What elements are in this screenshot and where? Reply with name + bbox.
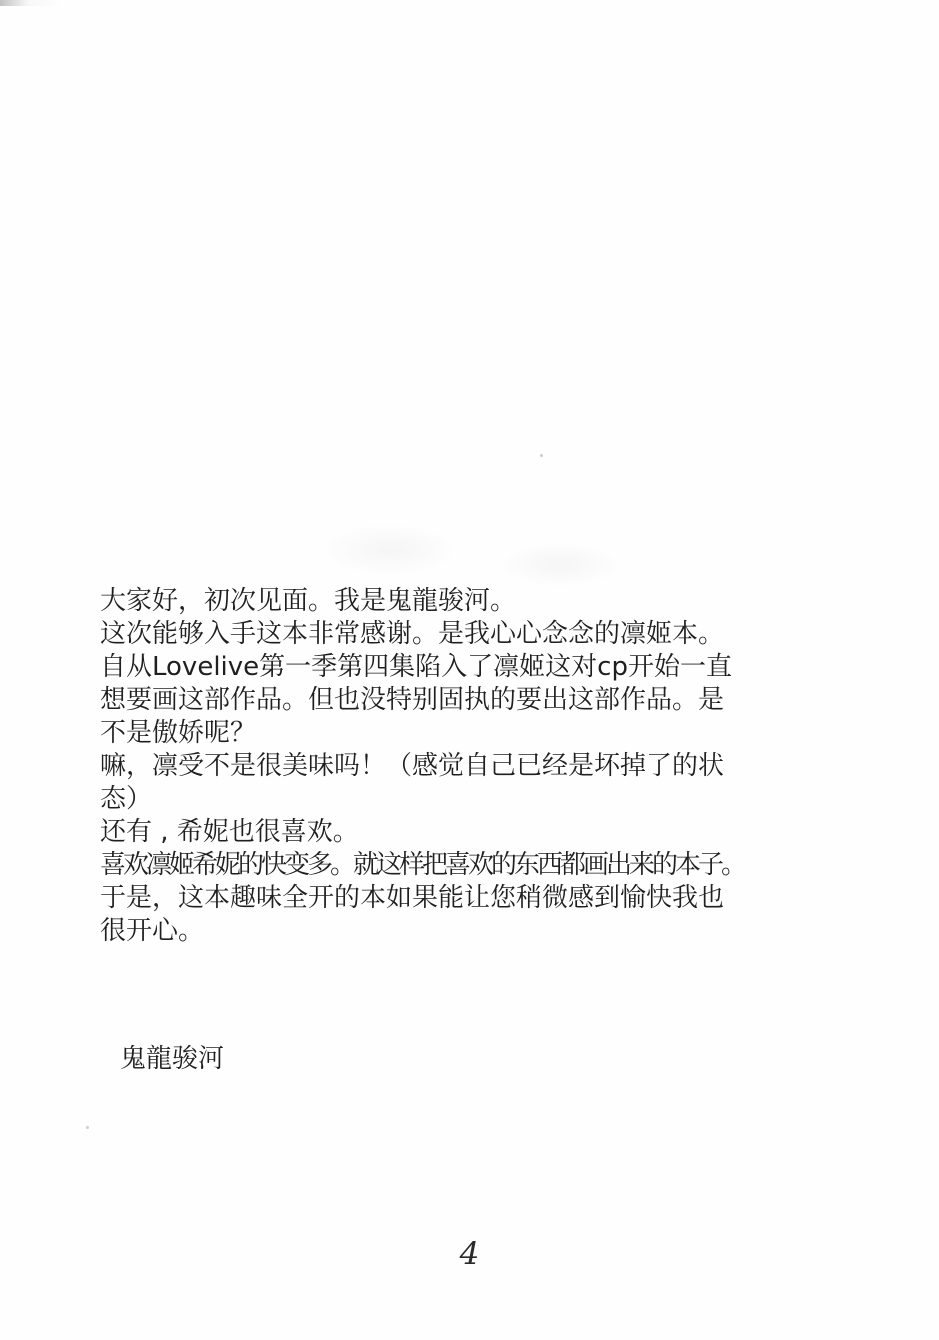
afterword-line-9: 喜欢凛姬希妮的快变多。就这样把喜欢的东西都画出来的本子。 [100, 849, 900, 882]
afterword-text-block: 大家好，初次见面。我是鬼龍骏河。 这次能够入手这本非常感谢。是我心心念念的凛姬本… [100, 585, 900, 948]
afterword-line-8: 还有 , 希妮也很喜欢。 [100, 816, 900, 849]
afterword-line-7: 态） [100, 783, 900, 816]
author-signature: 鬼龍骏河 [120, 1038, 224, 1075]
afterword-line-11: 很开心。 [100, 915, 900, 948]
afterword-line-2: 这次能够入手这本非常感谢。是我心心念念的凛姬本。 [100, 618, 900, 651]
scanned-page: 大家好，初次见面。我是鬼龍骏河。 这次能够入手这本非常感谢。是我心心念念的凛姬本… [0, 0, 939, 1340]
scan-speck [540, 454, 543, 457]
afterword-line-10: 于是，这本趣味全开的本如果能让您稍微感到愉快我也 [100, 882, 900, 915]
afterword-line-1: 大家好，初次见面。我是鬼龍骏河。 [100, 585, 900, 618]
afterword-line-5: 不是傲娇呢？ [100, 717, 900, 750]
scan-speck [86, 1126, 89, 1129]
afterword-line-6: 嘛，凛受不是很美味吗！（感觉自己已经是坏掉了的状 [100, 750, 900, 783]
scan-smudge [300, 515, 480, 585]
page-number: 4 [0, 1236, 939, 1272]
afterword-line-3: 自从Lovelive第一季第四集陷入了凛姬这对cp开始一直 [100, 651, 900, 684]
scan-corner-shadow [0, 0, 70, 6]
afterword-line-4: 想要画这部作品。但也没特别固执的要出这部作品。是 [100, 684, 900, 717]
